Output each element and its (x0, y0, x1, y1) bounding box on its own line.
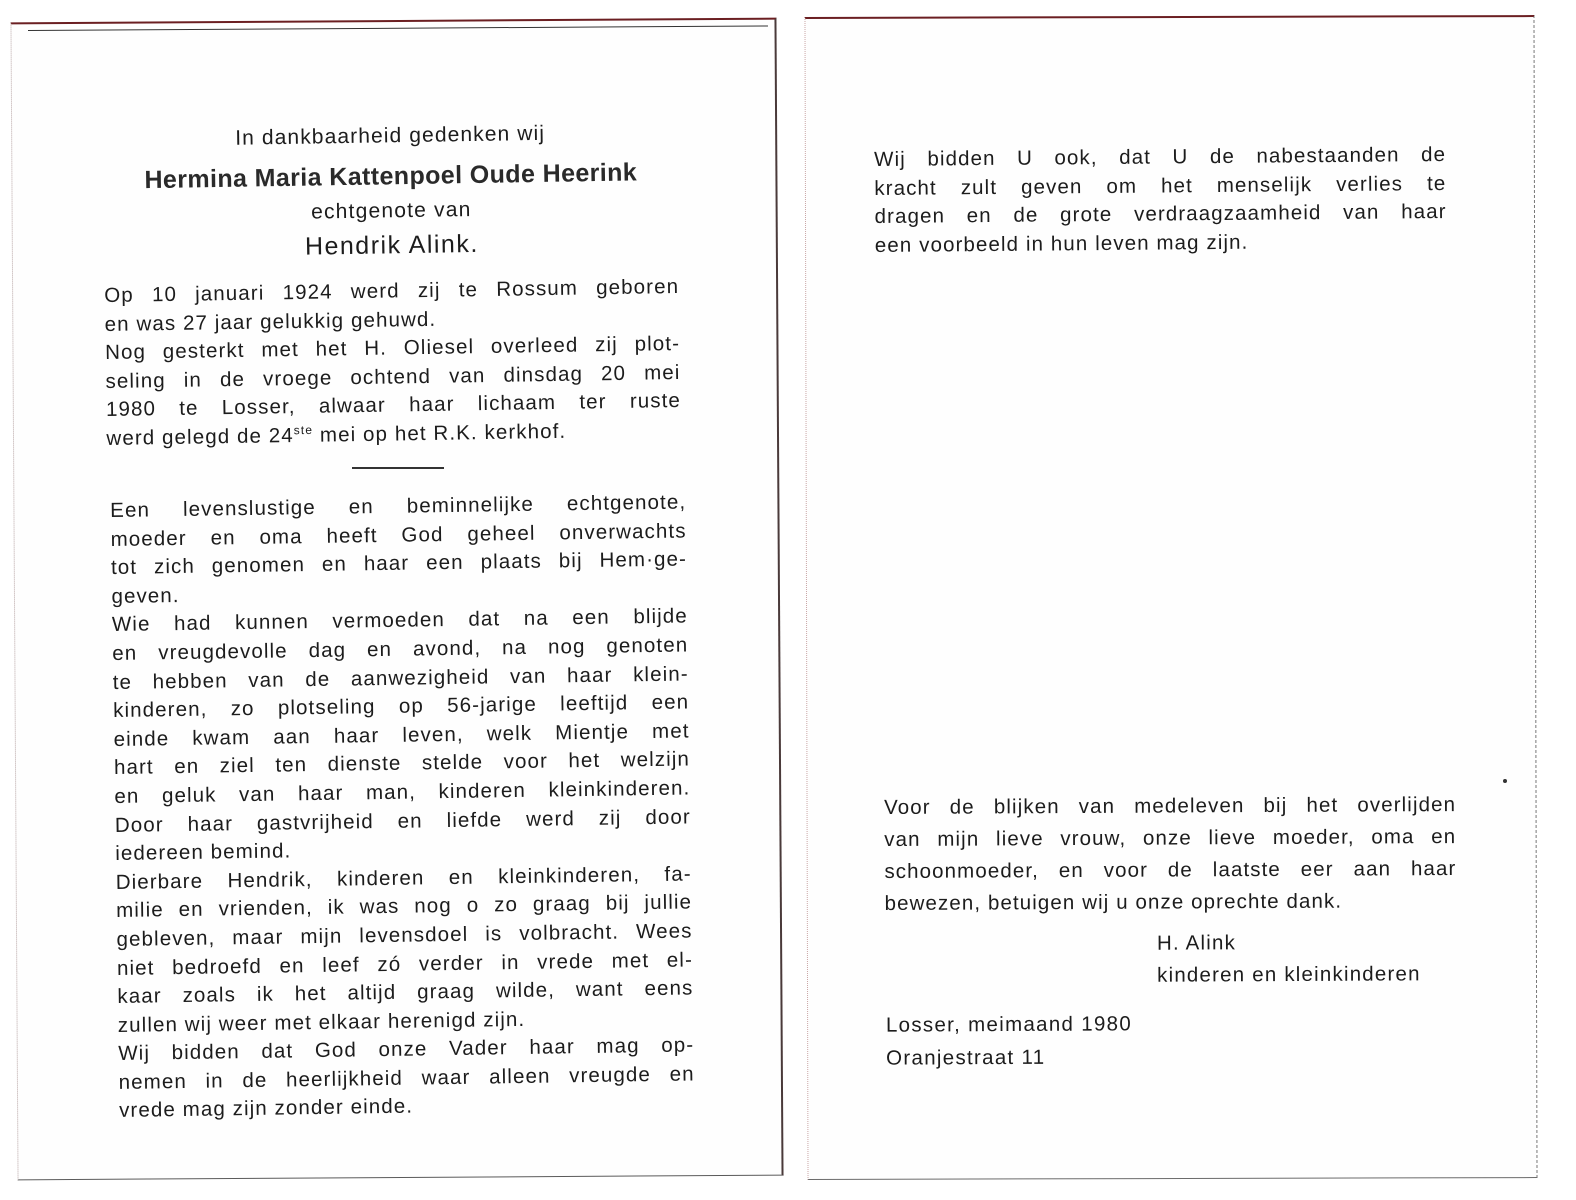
address: Oranjestraat 11 (886, 1040, 1132, 1074)
spouse-of-label: echtgenote van (91, 193, 691, 230)
text-line: Voor de blijken van medeleven bij het ov… (884, 789, 1456, 824)
place-date: Losser, meimaand 1980 (886, 1007, 1132, 1041)
memorial-heading: In dankbaarheid gedenken wij Hermina Mar… (90, 119, 692, 266)
deceased-name: Hermina Maria Kattenpoel Oude Heerink (91, 157, 691, 196)
section-divider (352, 467, 444, 469)
burial-text-after: mei op het R.K. kerkhof. (313, 420, 566, 447)
text-line: Wij bidden U ook, dat U de nabestaanden … (874, 141, 1446, 175)
thanks-paragraph: Voor de blijken van medeleven bij het ov… (884, 789, 1457, 920)
biography-paragraph: Op 10 januari 1924 werd zij te Rossum ge… (104, 273, 682, 454)
eulogy-paragraphs: Een levenslustige en beminnelijke echtge… (110, 488, 695, 1126)
text-line: dragen en de grote verdraagzaamheid van … (874, 198, 1446, 232)
signature-family: kinderen en kleinkinderen (1157, 958, 1421, 991)
text-line: een voorbeeld in hun leven mag zijn. (875, 227, 1447, 261)
text-line: schoonmoeder, en voor de laatste eer aan… (884, 853, 1456, 888)
print-speck (1503, 779, 1507, 783)
signature-block: H. Alink kinderen en kleinkinderen (1157, 926, 1421, 991)
text-line: van mijn lieve vrouw, onze lieve moeder,… (884, 821, 1456, 856)
signature-name: H. Alink (1157, 926, 1421, 959)
prayer-paragraph: Wij bidden U ook, dat U de nabestaanden … (874, 141, 1447, 260)
ordinal-suffix: ste (294, 423, 314, 437)
place-and-address: Losser, meimaand 1980 Oranjestraat 11 (886, 1007, 1132, 1074)
burial-text-before: werd gelegd de 24 (106, 424, 294, 450)
text-line: bewezen, betuigen wij u onze oprechte da… (885, 885, 1457, 920)
